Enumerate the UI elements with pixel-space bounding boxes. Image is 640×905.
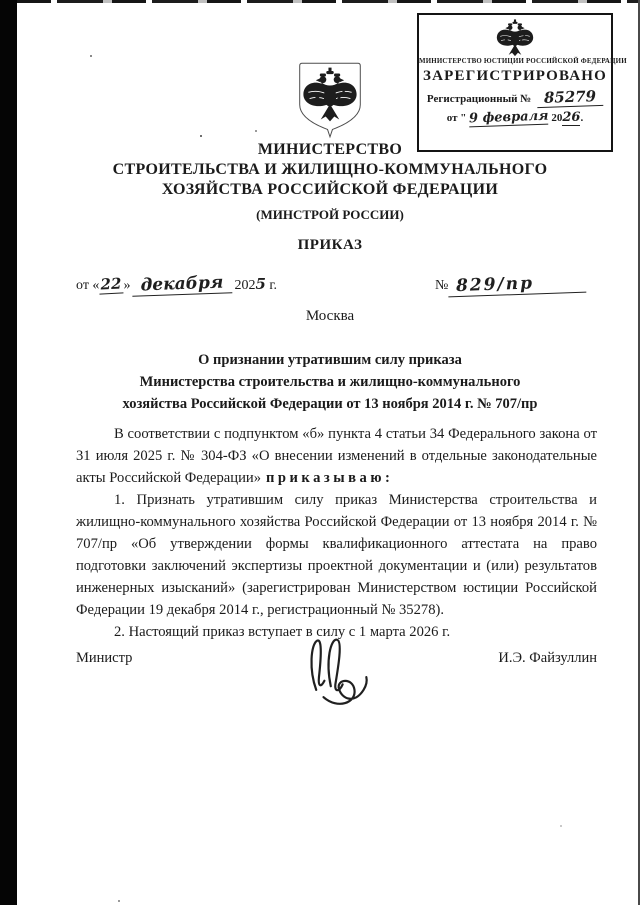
- ministry-name-line3: ХОЗЯЙСТВА РОССИЙСКОЙ ФЕДЕРАЦИИ: [40, 180, 620, 200]
- scanned-order-document: МИНИСТЕРСТВО ЮСТИЦИИ РОССИЙСКОЙ ФЕДЕРАЦИ…: [0, 0, 640, 905]
- order-item-1: 1. Признать утратившим силу приказ Минис…: [76, 489, 597, 621]
- stamp-registration-number-row: Регистрационный № 85279: [419, 88, 611, 107]
- order-title: О признании утратившим силу приказа Мини…: [40, 349, 620, 415]
- document-type-label: ПРИКАЗ: [40, 237, 620, 254]
- stamp-date-suffix: .: [580, 112, 583, 124]
- date-month-handwritten: декабря: [132, 272, 233, 296]
- order-date-line: от «22»декабря2025 г.: [76, 274, 277, 295]
- stamp-registered-label: ЗАРЕГИСТРИРОВАНО: [419, 68, 611, 85]
- stamp-date-handwritten: 9 февраля: [469, 109, 549, 128]
- ministry-name-line1: МИНИСТЕРСТВО: [40, 140, 620, 160]
- stamp-date-row: от " 9 февраля 2026.: [419, 110, 611, 126]
- date-year-printed: 202: [234, 278, 255, 293]
- justice-registration-stamp: МИНИСТЕРСТВО ЮСТИЦИИ РОССИЙСКОЙ ФЕДЕРАЦИ…: [417, 13, 613, 152]
- signer-position: Министр: [76, 650, 132, 667]
- number-value-handwritten: 829/пр: [448, 272, 587, 298]
- russia-coat-of-arms-emblem: [296, 60, 364, 142]
- order-title-line1: О признании утратившим силу приказа: [40, 349, 620, 371]
- ministry-short-name: (МИНСТРОЙ РОССИИ): [40, 207, 620, 223]
- stamp-year-handwritten: 26: [562, 110, 580, 126]
- stamp-double-headed-eagle-icon: [493, 19, 537, 57]
- preamble-paragraph: В соответствии с подпунктом «б» пункта 4…: [76, 423, 597, 489]
- date-suffix: г.: [269, 278, 277, 293]
- stamp-date-prefix: от ": [447, 112, 467, 124]
- order-number-line: №829/пр: [435, 274, 586, 295]
- minister-signature: [298, 628, 380, 718]
- date-prefix: от «: [76, 278, 99, 293]
- number-label: №: [435, 278, 448, 293]
- scan-edge-left: [0, 0, 17, 905]
- ministry-name-line2: СТРОИТЕЛЬСТВА И ЖИЛИЩНО-КОММУНАЛЬНОГО: [40, 160, 620, 180]
- stamp-ministry-name: МИНИСТЕРСТВО ЮСТИЦИИ РОССИЙСКОЙ ФЕДЕРАЦИ…: [419, 58, 611, 65]
- stamp-reg-label: Регистрационный №: [427, 93, 531, 105]
- order-title-line2: Министерства строительства и жилищно-ком…: [40, 371, 620, 393]
- signer-name: И.Э. Файзуллин: [498, 650, 597, 667]
- scan-noise: [90, 55, 92, 57]
- scan-edge-top: [17, 0, 640, 3]
- date-year-handwritten: 5: [255, 275, 265, 293]
- order-body: В соответствии с подпунктом «б» пункта 4…: [76, 423, 597, 643]
- ministry-heading: МИНИСТЕРСТВО СТРОИТЕЛЬСТВА И ЖИЛИЩНО-КОМ…: [40, 140, 620, 200]
- date-day-handwritten: 22: [99, 274, 124, 294]
- order-word: приказываю:: [266, 470, 393, 486]
- stamp-reg-number-handwritten: 85279: [537, 87, 604, 108]
- stamp-year-printed: 20: [551, 112, 562, 124]
- order-title-line3: хозяйства Российской Федерации от 13 ноя…: [40, 393, 620, 415]
- city-label: Москва: [40, 308, 620, 325]
- date-close-quote: »: [123, 278, 130, 293]
